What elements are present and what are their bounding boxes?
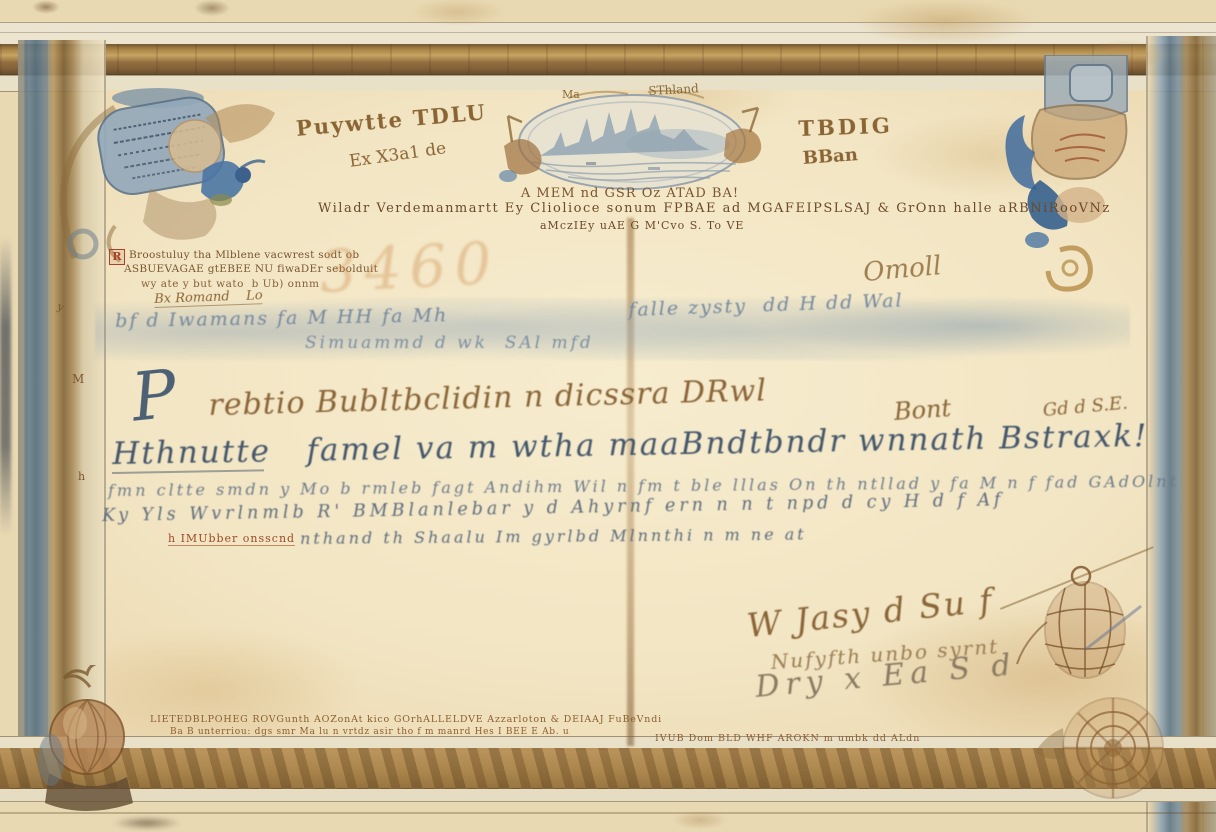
urn-tablet-icon [55,78,305,278]
ornament-top-right [985,55,1160,320]
title-right-line1: TBDIG [798,113,893,141]
clause-line3: wy ate y but wato b Ub) onnm [141,278,319,290]
clause-initial: R [109,249,125,265]
fine-print-right: IVUB Dom BLD WHF AROKN m umbk dd ALdn [655,733,920,744]
ornament-bottom-left [35,665,145,830]
margin-mark-3: h [78,470,85,483]
watercolor-certificate-painting: Puywtte TDLU Ex X3a1 de TBDIG BBan Ma ST… [0,0,1216,832]
frame-top-outer-band [0,22,1216,46]
bird-icon [201,161,265,206]
cartouche-top-left [55,78,305,278]
script-initial: P [128,355,180,436]
gourd-icon [35,665,145,830]
vignette-label-right: SThland [648,81,699,98]
wash-scribble-3: Simuammd d wk SAl mfd [305,333,594,353]
vignette-label-left: Ma [562,88,580,101]
fine-print-left-1: LIETEDBLPOHEG ROVGunth AOZonAt kico GOrh… [150,714,662,725]
fine-print-left-2: Ba B unterriou: dgs smr Ma lu n vrtdz as… [170,727,569,737]
ornament-bottom-right [1015,560,1205,815]
script-line-red: h IMUbber onsscnd [168,532,295,546]
title-right-line2: BBan [802,144,859,169]
left-edge-smudge [0,236,11,536]
header-subtitle: Wiladr Verdemanmartt Ey Cliolioce sonum … [318,201,1111,216]
vignette-caption: A MEM nd GSR Oz ATAD BA! [470,186,790,201]
wax-seal-icon [1017,567,1125,678]
header-subtitle-small: aMczIEy uAE G M'Cvo S. To VE [540,219,744,232]
urn-drapery-icon [985,55,1160,320]
vignette-cityscape [498,84,766,202]
city-vignette-icon [498,84,766,202]
margin-mark-1: M [72,372,84,386]
seal-rosette-icon [1015,560,1205,815]
rosette-icon [1035,698,1163,798]
ghost-number: 3460 [318,229,501,306]
flanking-figure-right-icon [724,108,761,163]
